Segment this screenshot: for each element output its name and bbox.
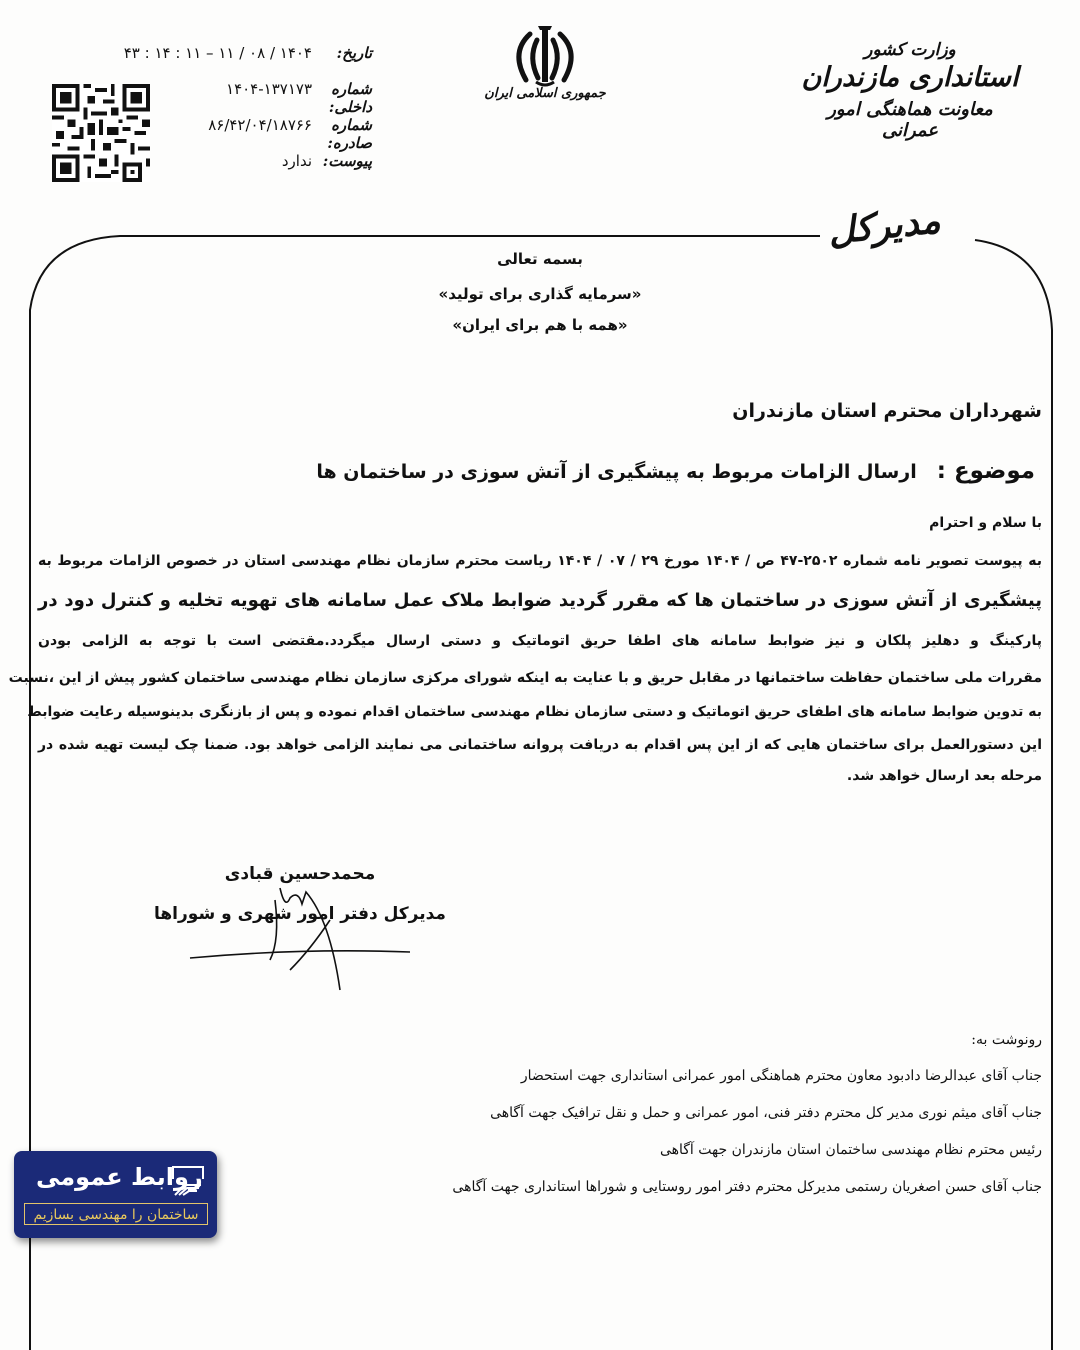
ministry-block: وزارت کشور استانداری مازندران معاونت هما… xyxy=(800,40,1020,141)
cc-heading: رونوشت به: xyxy=(971,1032,1042,1048)
meta-date: تاریخ: ۱۴۰۴ / ۰۸ / ۱۱ – ۱۱ : ۱۴ : ۴۳ xyxy=(124,44,372,62)
signatory-title: مدیرکل دفتر امور شهری و شوراها xyxy=(150,904,450,924)
body-line: مرحله بعد ارسال خواهد شد. xyxy=(847,768,1042,784)
body-line: به تدوین ضوابط سامانه های اطفای حریق اتو… xyxy=(38,704,1042,720)
subject-label: موضوع : xyxy=(937,458,1035,484)
cc-item: جناب آقای عبدالرضا دادبود معاون محترم هم… xyxy=(521,1068,1042,1084)
handwritten-signature xyxy=(180,880,460,1000)
cc-item: رئیس محترم نظام مهندسی ساختمان استان ماز… xyxy=(660,1142,1042,1158)
emblem-caption: جمهوری اسلامی ایران xyxy=(480,86,610,101)
body-line: پیشگیری از آتش سوزی در ساختمان ها که مقر… xyxy=(38,590,1042,611)
greeting: با سلام و احترام xyxy=(929,515,1042,531)
handshake-roof-icon xyxy=(171,1165,205,1197)
subject-text: ارسال الزامات مربوط به پیشگیری از آتش سو… xyxy=(316,461,916,483)
cc-item: جناب آقای حسن اصغریان رستمی مدیرکل محترم… xyxy=(452,1179,1042,1195)
meta-issued-number-label: شماره صادره: xyxy=(312,116,372,152)
subject-line: موضوع : ارسال الزامات مربوط به پیشگیری ا… xyxy=(316,458,1035,484)
slogan-1: «سرمایه گذاری برای تولید» xyxy=(340,285,740,303)
meta-attachment-value: ندارد xyxy=(282,152,312,170)
governorate-name: استانداری مازندران xyxy=(800,62,1020,93)
qr-code-icon[interactable] xyxy=(52,84,150,182)
signatory-name: محمدحسین قبادی xyxy=(220,864,380,884)
ministry-name: وزارت کشور xyxy=(800,40,1020,60)
meta-issued-number: شماره صادره: ۸۶/۴۲/۰۴/۱۸۷۶۶ xyxy=(208,116,372,152)
deputy-office-name: معاونت هماهنگی امور عمرانی xyxy=(800,99,1020,141)
addressee: شهرداران محترم استان مازندران xyxy=(732,400,1042,422)
meta-date-value: ۱۴۰۴ / ۰۸ / ۱۱ – ۱۱ : ۱۴ : ۴۳ xyxy=(124,44,312,62)
body-line: این دستورالعمل برای ساختمان هایی که از ا… xyxy=(38,737,1042,753)
body-line: پارکینگ و دهلیز پلکان و نیز ضوابط سامانه… xyxy=(38,633,1042,649)
body-line: به پیوست تصویر نامه شماره ۲۵۰۲-۴۷ ص / ۱۴… xyxy=(38,553,1042,569)
meta-attachment-label: پیوست: xyxy=(312,152,372,170)
office-title: مدیرکل xyxy=(826,199,942,253)
public-relations-badge[interactable]: روابط عمومی ساختمان را مهندسی بسازیم xyxy=(14,1151,217,1238)
meta-internal-number: شماره داخلی: ۱۴۰۴-۱۳۷۱۷۳ xyxy=(226,80,372,116)
meta-date-label: تاریخ: xyxy=(312,44,372,62)
slogan-2: «همه با هم برای ایران» xyxy=(340,316,740,334)
body-line: مقررات ملی ساختمان حفاظت ساختمانها در مق… xyxy=(38,670,1042,686)
meta-attachment: پیوست: ندارد xyxy=(282,152,372,170)
meta-internal-number-label: شماره داخلی: xyxy=(312,80,372,116)
iran-emblem-icon xyxy=(500,22,590,92)
badge-tagline: ساختمان را مهندسی بسازیم xyxy=(24,1203,208,1225)
cc-item: جناب آقای میثم نوری مدیر کل محترم دفتر ف… xyxy=(490,1105,1042,1121)
invocation: بسمه تعالی xyxy=(340,250,740,268)
meta-issued-number-value: ۸۶/۴۲/۰۴/۱۸۷۶۶ xyxy=(208,116,312,134)
meta-internal-number-value: ۱۴۰۴-۱۳۷۱۷۳ xyxy=(226,80,312,98)
